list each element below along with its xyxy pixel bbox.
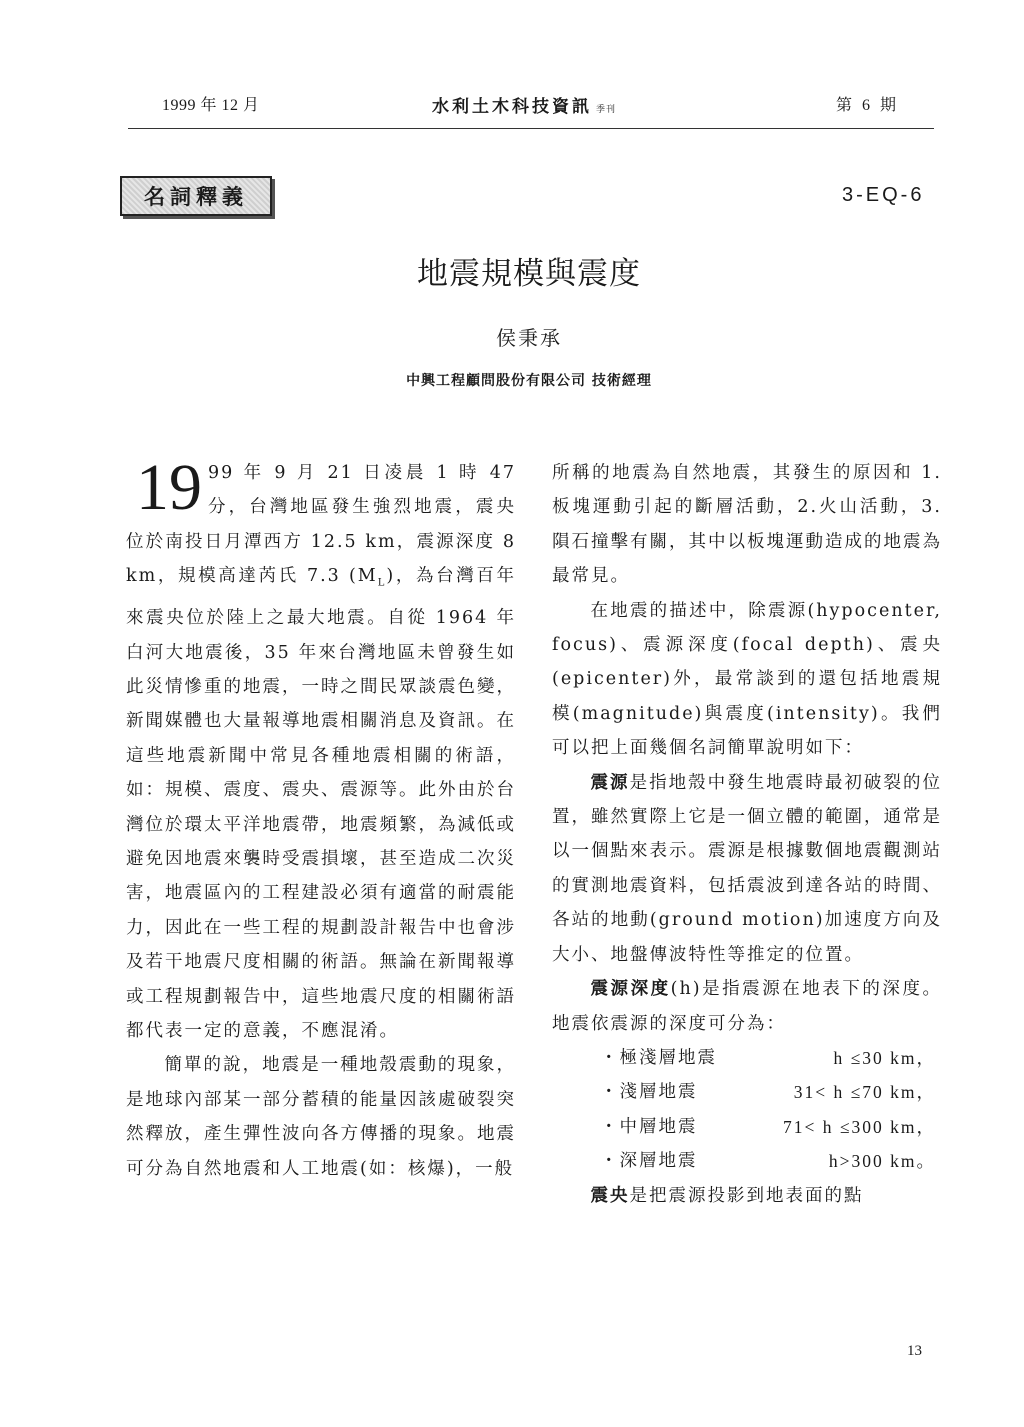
term-epicenter: 震央	[591, 1186, 630, 1206]
author-affiliation: 中興工程顧問股份有限公司 技術經理	[0, 370, 1024, 390]
paragraph-causes: 所稱的地震為自然地震，其發生的原因和 1.板塊運動引起的斷層活動，2.火山活動，…	[552, 456, 942, 594]
header-date: 1999 年 12 月	[162, 92, 260, 115]
column-right: 所稱的地震為自然地震，其發生的原因和 1.板塊運動引起的斷層活動，2.火山活動，…	[552, 456, 942, 1213]
paragraph-hypocenter: 震源是指地殼中發生地震時最初破裂的位置，雖然實際上它是一個立體的範圍，通常是以一…	[552, 766, 942, 972]
article-code: 3-EQ-6	[842, 184, 924, 207]
depth-class-item: ・深層地震h>300 km。	[552, 1144, 942, 1178]
author-name: 侯秉承	[0, 322, 1024, 351]
paragraph-terms: 在地震的描述中，除震源(hypocenter, focus)、震源深度(foca…	[552, 594, 942, 766]
column-left: 1999 年 9 月 21 日凌晨 1 時 47 分，台灣地區發生強烈地震，震央…	[126, 456, 516, 1186]
paragraph-focal-depth: 震源深度(h)是指震源在地表下的深度。地震依震源的深度可分為：	[552, 972, 942, 1041]
paragraph-intro: 1999 年 9 月 21 日凌晨 1 時 47 分，台灣地區發生強烈地震，震央…	[126, 456, 516, 1048]
section-tag: 名詞釋義	[120, 176, 272, 216]
page-number: 13	[907, 1343, 922, 1360]
header-journal: 水利土木科技資訊季刊	[432, 92, 616, 117]
paragraph-epicenter: 震央是把震源投影到地表面的點	[552, 1179, 942, 1213]
header-issue: 第 6 期	[836, 92, 899, 115]
depth-class-item: ・中層地震71< h ≤300 km，	[552, 1110, 942, 1144]
term-focal-depth: 震源深度	[591, 979, 671, 999]
article-title: 地震規模與震度	[0, 248, 1024, 293]
depth-class-item: ・淺層地震31< h ≤70 km，	[552, 1075, 942, 1109]
depth-class-item: ・極淺層地震h ≤30 km，	[552, 1041, 942, 1075]
journal-suffix: 季刊	[596, 104, 616, 114]
paragraph-definition: 簡單的說，地震是一種地殼震動的現象，是地球內部某一部分蓄積的能量因該處破裂突然釋…	[126, 1048, 516, 1186]
journal-name: 水利土木科技資訊	[432, 97, 592, 116]
drop-cap: 19	[136, 460, 202, 516]
term-hypocenter: 震源	[591, 773, 630, 793]
header-divider	[128, 128, 934, 129]
